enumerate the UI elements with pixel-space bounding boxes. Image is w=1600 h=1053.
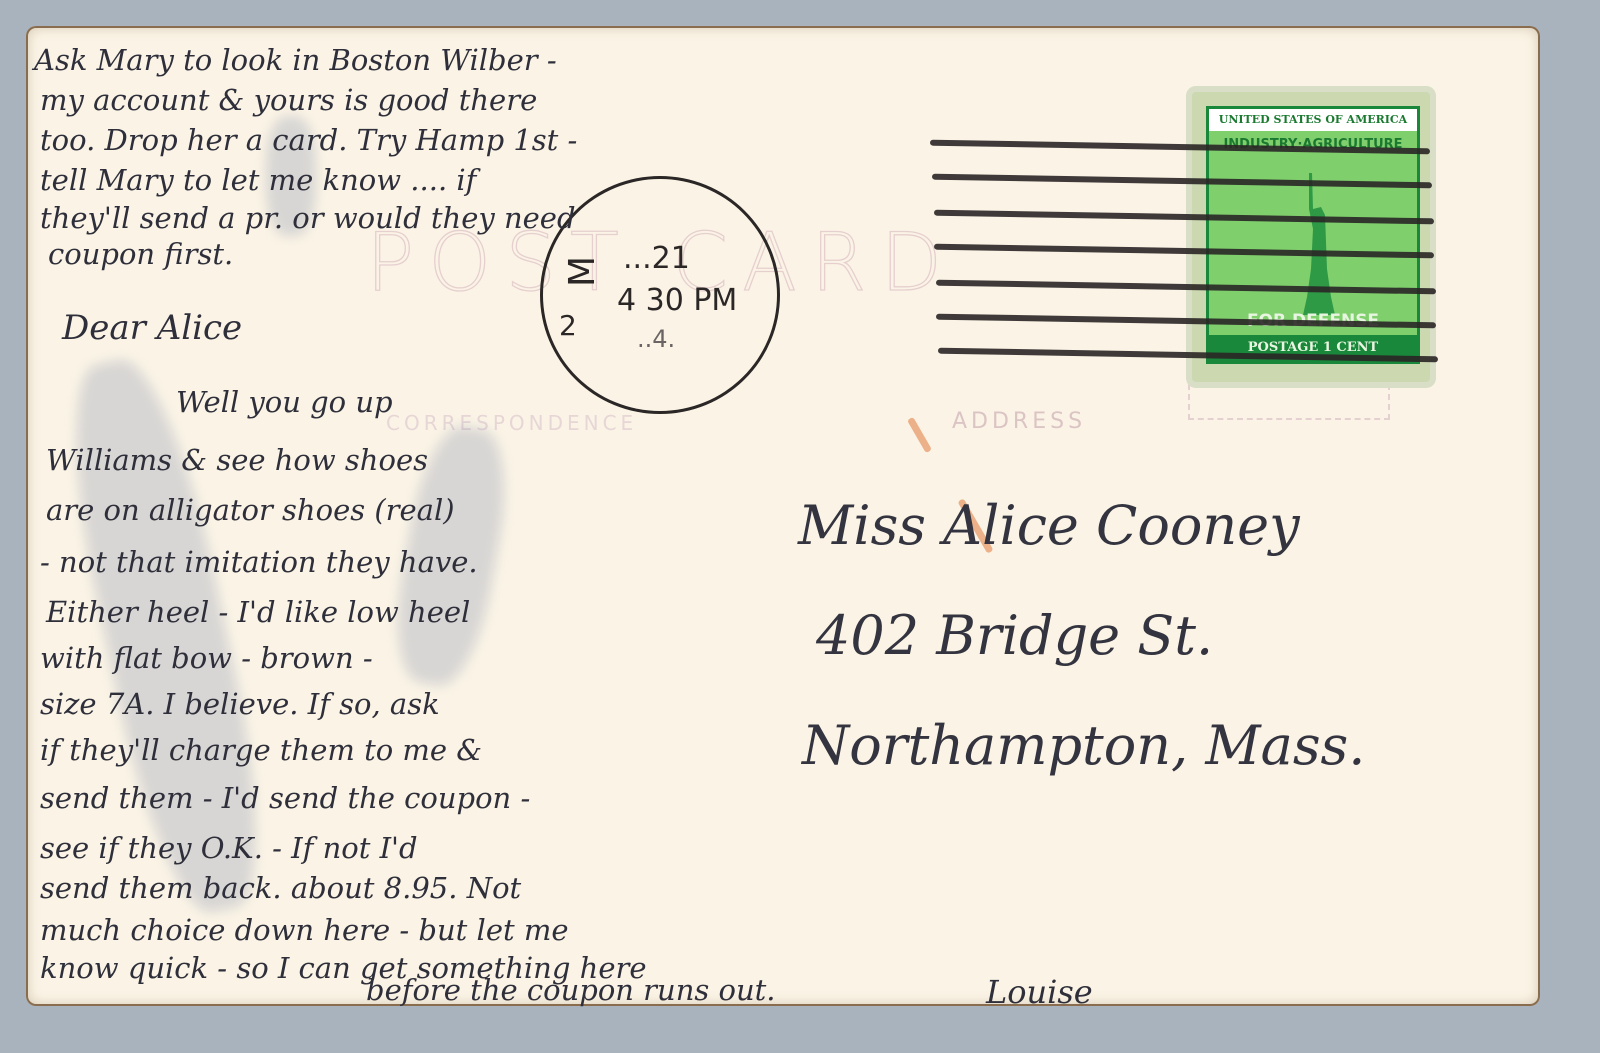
top-note-line: coupon first. [48, 240, 233, 269]
postmark-time: 4 30 PM [617, 283, 737, 318]
recipient-city: Northampton, Mass. [802, 714, 1365, 777]
postmark: M ...21 4 30 PM 2 ..4. [540, 176, 780, 414]
postage-stamp: UNITED STATES OF AMERICA INDUSTRY·AGRICU… [1192, 92, 1430, 382]
postcard: POST CARD CORRESPONDENCE ADDRESS UNITED … [26, 26, 1540, 1006]
top-note-line: Ask Mary to look in Boston Wilber - [34, 46, 557, 75]
signature: Louise [986, 976, 1093, 1008]
stamp-country: UNITED STATES OF AMERICA [1209, 109, 1417, 131]
top-note-line: tell Mary to let me know .... if [40, 166, 476, 195]
postmark-station: 2 [559, 309, 577, 342]
body-line: send them - I'd send the coupon - [40, 784, 530, 813]
recipient-street: 402 Bridge St. [816, 604, 1213, 667]
stain-mark [907, 417, 932, 453]
body-line: size 7A. I believe. If so, ask [40, 690, 440, 719]
greeting: Dear Alice [62, 311, 242, 345]
body-line: - not that imitation they have. [40, 548, 478, 577]
top-note-line: too. Drop her a card. Try Hamp 1st - [40, 126, 577, 155]
top-note-line: my account & yours is good there [40, 86, 537, 115]
body-line: see if they O.K. - If not I'd [40, 834, 418, 863]
postmark-date: ...21 [623, 241, 690, 276]
body-line: with flat bow - brown - [40, 644, 373, 673]
body-line: are on alligator shoes (real) [46, 496, 455, 525]
postmark-year: ..4. [637, 325, 675, 353]
top-note-line: they'll send a pr. or would they need [40, 204, 576, 233]
body-line: Williams & see how shoes [46, 446, 428, 475]
recipient-name: Miss Alice Cooney [798, 494, 1300, 557]
statue-of-liberty-icon [1301, 169, 1337, 319]
postmark-side-letter: M [562, 256, 603, 287]
body-line: if they'll charge them to me & [40, 736, 482, 765]
body-line: before the coupon runs out. [366, 976, 776, 1005]
body-line: Either heel - I'd like low heel [46, 598, 470, 627]
printed-address-label: ADDRESS [952, 409, 1086, 434]
printed-correspondence-label: CORRESPONDENCE [386, 411, 637, 435]
body-line: much choice down here - but let me [40, 916, 569, 945]
body-line: send them back. about 8.95. Not [40, 874, 521, 903]
body-line: Well you go up [176, 388, 393, 417]
